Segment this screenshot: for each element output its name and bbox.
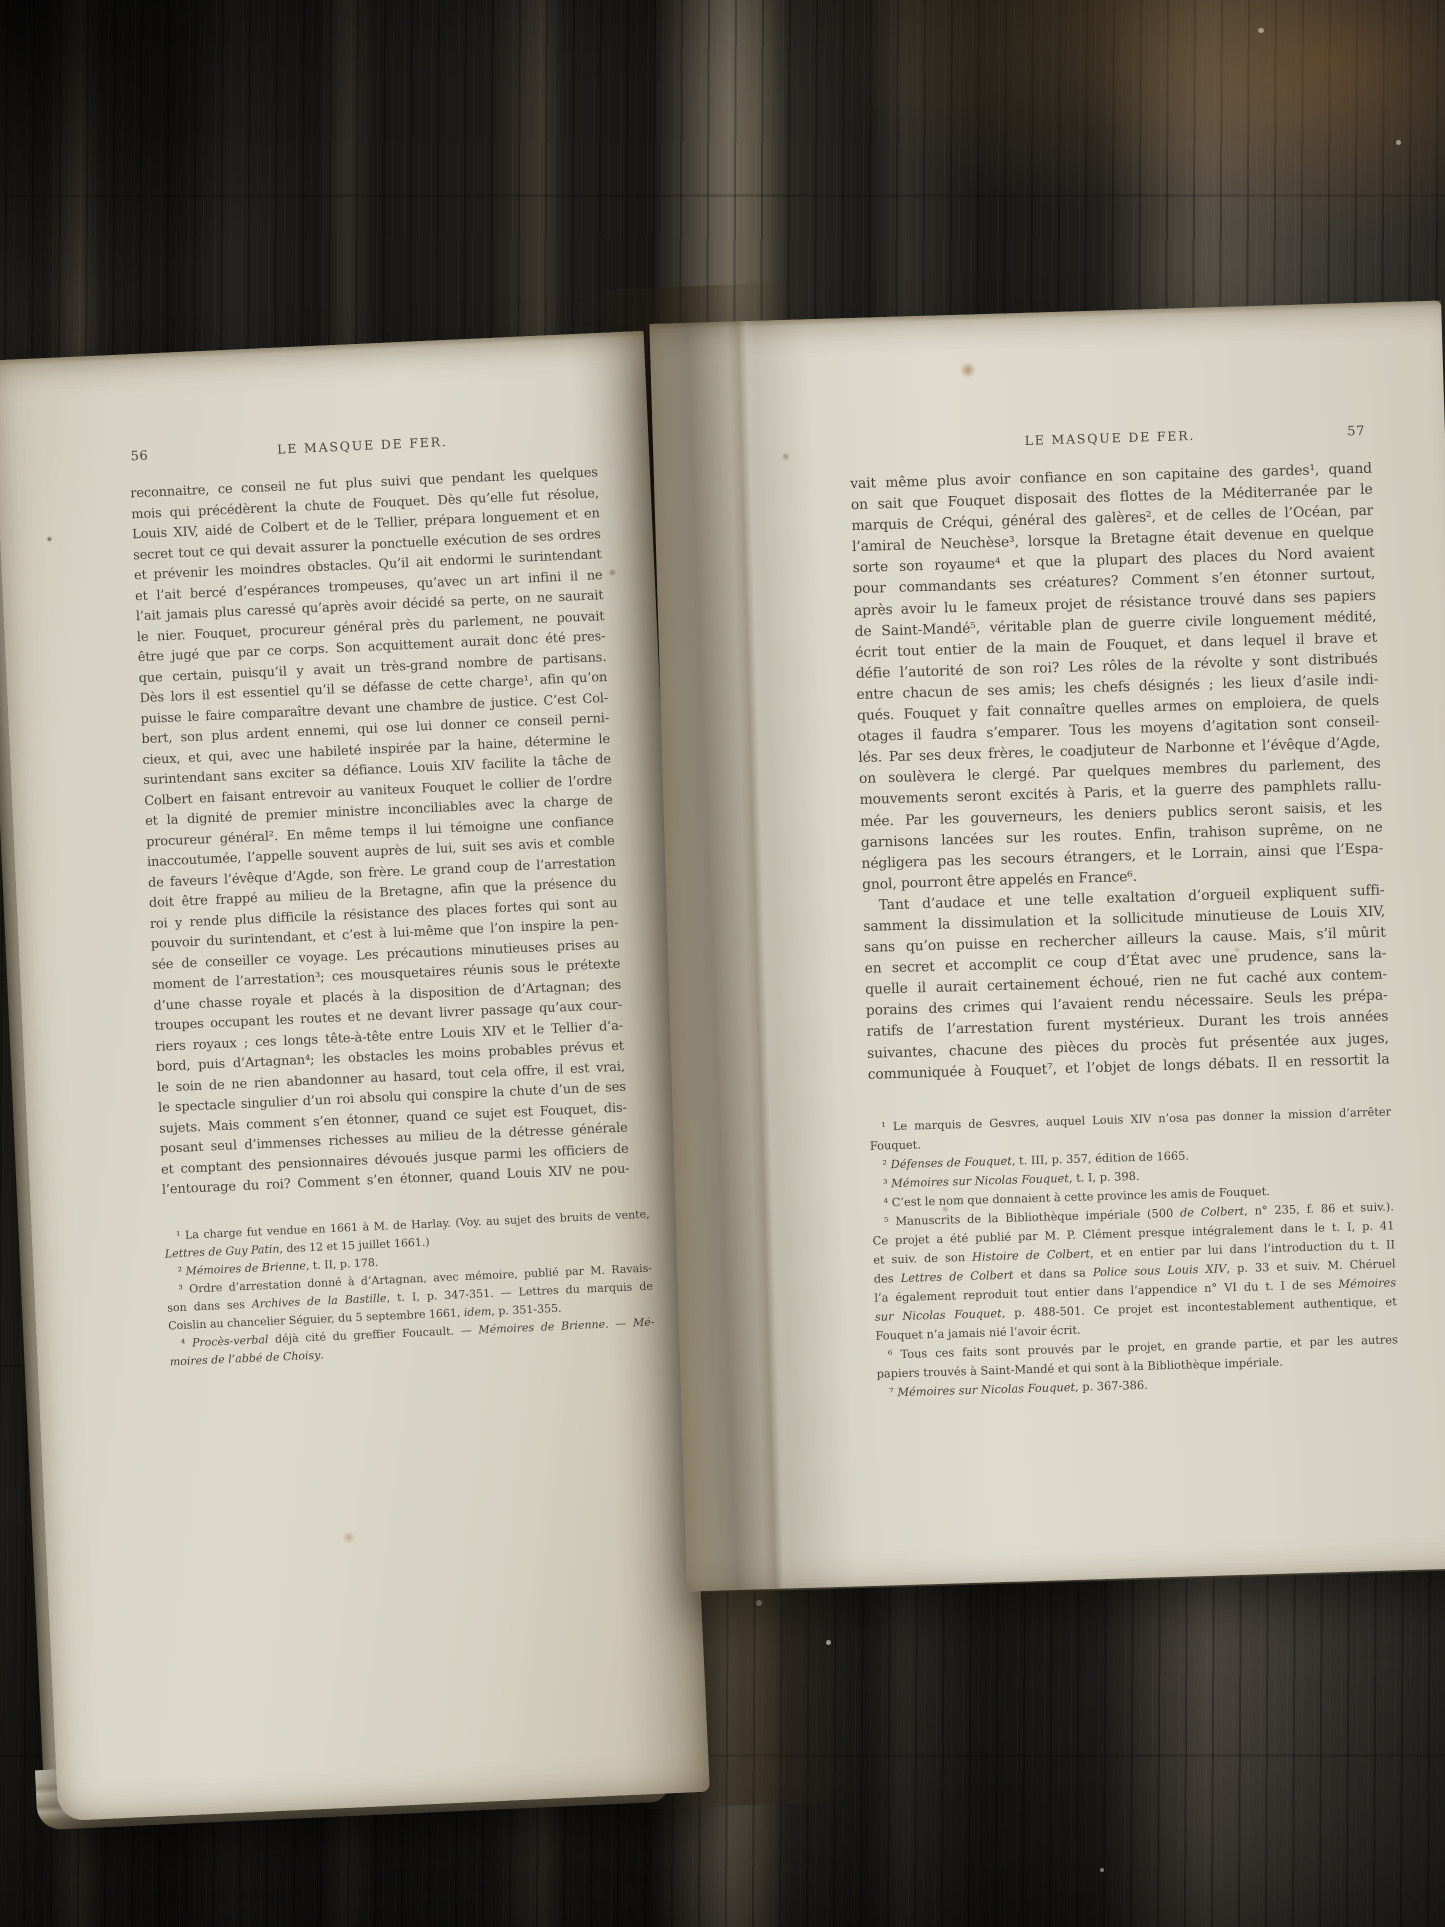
running-header-title: LE MASQUE DE FER.: [128, 427, 596, 463]
page-number: 57: [1347, 424, 1365, 440]
left-page: 56 LE MASQUE DE FER. reconnaitre, ce con…: [0, 331, 710, 1821]
foxing-spot: [781, 452, 790, 461]
left-page-content: 56 LE MASQUE DE FER. reconnaitre, ce con…: [128, 427, 637, 1371]
body-text: vait même plus avoir confiance en son ca…: [850, 459, 1390, 1086]
running-header: LE MASQUE DE FER. 57: [849, 423, 1371, 458]
right-page-content: LE MASQUE DE FER. 57 vait même plus avoi…: [849, 423, 1399, 1403]
foxing-spot: [46, 536, 52, 542]
page-gutter-crease: [727, 321, 795, 1589]
foxing-spot: [342, 1531, 357, 1544]
running-header-title: LE MASQUE DE FER.: [849, 423, 1371, 453]
dust-speck: [756, 1600, 762, 1606]
footnotes: ¹ La charge fut vendue en 1661 à M. de H…: [164, 1205, 656, 1371]
footnotes: ¹ Le marquis de Gesvres, auquel Louis XI…: [869, 1102, 1399, 1402]
foxing-spot: [608, 568, 616, 576]
foxing-spot: [959, 362, 977, 378]
dust-speck: [1396, 140, 1401, 145]
running-header: 56 LE MASQUE DE FER.: [128, 427, 596, 468]
dust-speck: [1258, 28, 1264, 33]
right-page: LE MASQUE DE FER. 57 vait même plus avoi…: [649, 301, 1445, 1592]
dust-speck: [826, 1640, 831, 1645]
book-photograph: 56 LE MASQUE DE FER. reconnaitre, ce con…: [0, 0, 1445, 1927]
dust-speck: [1100, 1868, 1104, 1872]
body-text: reconnaitre, ce conseil ne fut plus suiv…: [130, 463, 630, 1201]
page-number: 56: [130, 449, 148, 465]
